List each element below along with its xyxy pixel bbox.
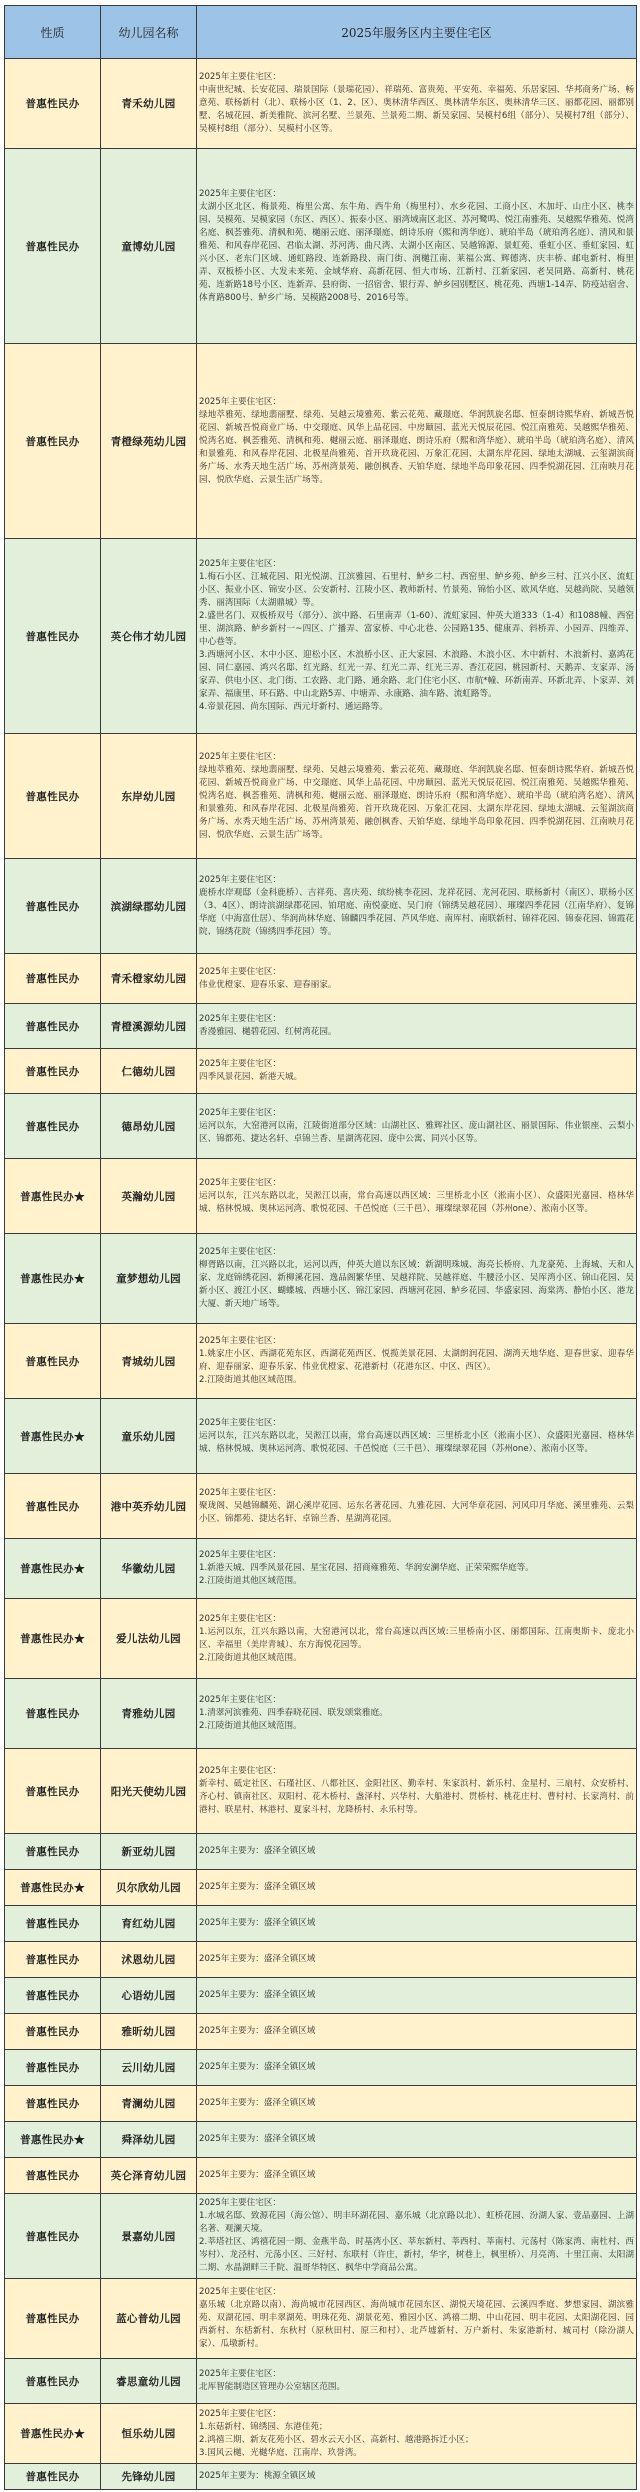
kindergarten-name: 睿思童幼儿园 xyxy=(101,2359,197,2404)
kindergarten-type: 普惠性民办 xyxy=(5,1942,101,1978)
table-row: 普惠性民办★童梦想幼儿园2025年主要住宅区：柳胥路以南，江兴路以北，运河以西，… xyxy=(5,1234,637,1324)
kindergarten-name: 景嘉幼儿园 xyxy=(101,2194,197,2279)
kindergarten-type: 普惠性民办 xyxy=(5,2359,101,2404)
service-area-text: 1.姚家庄小区、西湖花苑东区、西湖花苑西区、悦揽美景花园、太湖朗润花园、湖湾天地… xyxy=(199,1348,634,1374)
table-row: 普惠性民办青雅幼儿园2025年主要住宅区：1.清翠河滨雅苑、四季春晓花园、联发颂… xyxy=(5,1679,637,1749)
kindergarten-type: 普惠性民办 xyxy=(5,2014,101,2050)
service-area-text: 2.盛世名门、双板桥双号（部分）、滨中路、石里南弄（1-60）、流虹家园、仲英大… xyxy=(199,610,634,649)
service-area: 2025年主要住宅区：运河以东，江兴东路以北，吴淞江以南，常台高速以西区域：三里… xyxy=(197,1399,637,1474)
service-area-intro: 2025年主要住宅区： xyxy=(199,1107,634,1120)
service-area: 2025年主要住宅区：鹿桥水岸观邸（金科鹿桥）、吉祥苑、喜庆苑、缤纷桃李花园、龙… xyxy=(197,859,637,954)
table-row: 普惠性民办★恒乐幼儿园2025年主要住宅区：1.东菇新村、锦绣园、东港佳苑；2.… xyxy=(5,2404,637,2464)
table-row: 普惠性民办童博幼儿园2025年主要住宅区：太湖小区北区、梅景苑、梅里公寓、东牛角… xyxy=(5,149,637,344)
kindergarten-name: 英仑伟才幼儿园 xyxy=(101,539,197,734)
kindergarten-name: 英仑泽育幼儿园 xyxy=(101,2158,197,2194)
header-kindergarten-name: 幼儿园名称 xyxy=(101,6,197,59)
table-row: 普惠性民办东岸幼儿园2025年主要住宅区：绿地萃雅苑、绿地翡丽墅、绿苑、吴越云境… xyxy=(5,734,637,859)
header-service-area: 2025年服务区内主要住宅区 xyxy=(197,6,637,59)
service-area-intro: 2025年主要为：盛泽全镇区域 xyxy=(199,2025,634,2038)
kindergarten-type: 普惠性民办 xyxy=(5,149,101,344)
kindergarten-type: 普惠性民办 xyxy=(5,1906,101,1942)
kindergarten-type: 普惠性民办 xyxy=(5,1749,101,1834)
service-area: 2025年主要住宅区：1.东菇新村、锦绣园、东港佳苑；2.鸿禧三期、新友花苑小区… xyxy=(197,2404,637,2464)
service-area: 2025年主要住宅区：中南世纪城、长安花园、瑞景国际（景瑞花园）、祥瑞苑、富贵苑… xyxy=(197,59,637,149)
kindergarten-type: 普惠性民办 xyxy=(5,2194,101,2279)
table-row: 普惠性民办景嘉幼儿园2025年主要住宅区：1.水城名邸、致源花园（海公馆）、明丰… xyxy=(5,2194,637,2279)
service-area-text: 2.江陵街道其他区域范围。 xyxy=(199,1720,634,1733)
service-area-text: 运河以东，大窑港河以南，江陵街道部分区域：山湖社区、雅辉社区、庞山湖社区、丽景国… xyxy=(199,1120,634,1146)
service-area: 2025年主要为：桃源全镇区域 xyxy=(197,2464,637,2490)
service-area-text: 鹿桥水岸观邸（金科鹿桥）、吉祥苑、喜庆苑、缤纷桃李花园、龙祥花园、龙河花园、联杨… xyxy=(199,887,634,939)
service-area-intro: 2025年主要为：盛泽全镇区域 xyxy=(199,1917,634,1930)
kindergarten-name: 沭恩幼儿园 xyxy=(101,1942,197,1978)
header-row: 性质 幼儿园名称 2025年服务区内主要住宅区 xyxy=(5,6,637,59)
kindergarten-name: 心语幼儿园 xyxy=(101,1978,197,2014)
service-area-intro: 2025年主要为：盛泽全镇区域 xyxy=(199,2169,634,2182)
kindergarten-type: 普惠性民办★ xyxy=(5,1234,101,1324)
service-area-intro: 2025年主要住宅区： xyxy=(199,751,634,764)
service-area-intro: 2025年主要住宅区： xyxy=(199,2197,634,2210)
service-area: 2025年主要住宅区：运河以东，江兴东路以北，吴淞江以南，常台高速以西区域：三里… xyxy=(197,1159,637,1234)
table-row: 普惠性民办英仑伟才幼儿园2025年主要住宅区：1.梅石小区、江城花园、阳光悦湖、… xyxy=(5,539,637,734)
service-area: 2025年主要为：盛泽全镇区域 xyxy=(197,2014,637,2050)
table-row: 普惠性民办雅昕幼儿园2025年主要为：盛泽全镇区域 xyxy=(5,2014,637,2050)
table-row: 普惠性民办★舜泽幼儿园2025年主要为：盛泽全镇区域 xyxy=(5,2122,637,2158)
service-area-intro: 2025年主要为：盛泽全镇区域 xyxy=(199,1881,634,1894)
kindergarten-type: 普惠性民办★ xyxy=(5,1159,101,1234)
kindergarten-type: 普惠性民办 xyxy=(5,2158,101,2194)
table-row: 普惠性民办英仑泽育幼儿园2025年主要为：盛泽全镇区域 xyxy=(5,2158,637,2194)
service-area: 2025年主要住宅区：1.水城名邸、致源花园（海公馆）、明丰环湖花园、嘉乐城（北… xyxy=(197,2194,637,2279)
kindergarten-name: 青橙溪源幼儿园 xyxy=(101,1004,197,1049)
service-area-intro: 2025年主要住宅区： xyxy=(199,1694,634,1707)
service-area-text: 2.江陵街道其他区域范围。 xyxy=(199,1575,634,1588)
kindergarten-name: 滨湖绿郡幼儿园 xyxy=(101,859,197,954)
service-area-text: 1.清翠河滨雅苑、四季春晓花园、联发颂棠雅庭。 xyxy=(199,1707,634,1720)
kindergarten-type: 普惠性民办 xyxy=(5,1834,101,1870)
kindergarten-type: 普惠性民办 xyxy=(5,1474,101,1539)
table-row: 普惠性民办青禾橙家幼儿园2025年主要住宅区：伟业优橙家、迎春乐家、迎春丽家。 xyxy=(5,954,637,1004)
service-area-text: 3.西塘河小区、木中小区、迎松小区、木浪桥小区、正大家园、木浪路、木浪小区、木中… xyxy=(199,649,634,701)
service-area: 2025年主要住宅区：运河以东，大窑港河以南，江陵街道部分区域：山湖社区、雅辉社… xyxy=(197,1094,637,1159)
table-row: 普惠性民办阳光天使幼儿园2025年主要住宅区：新幸村、砥定社区、石瑾社区、八都社… xyxy=(5,1749,637,1834)
kindergarten-name: 爱儿法幼儿园 xyxy=(101,1599,197,1679)
kindergarten-type: 普惠性民办 xyxy=(5,59,101,149)
kindergarten-type: 普惠性民办★ xyxy=(5,2122,101,2158)
table-row: 普惠性民办★英瀚幼儿园2025年主要住宅区：运河以东，江兴东路以北，吴淞江以南，… xyxy=(5,1159,637,1234)
kindergarten-type: 普惠性民办 xyxy=(5,954,101,1004)
service-area-intro: 2025年主要住宅区： xyxy=(199,1417,634,1430)
service-area-text: 2.江陵街道其他区域范围。 xyxy=(199,1374,634,1387)
service-area-intro: 2025年主要住宅区： xyxy=(199,1487,634,1500)
table-row: 普惠性民办心语幼儿园2025年主要为：盛泽全镇区域 xyxy=(5,1978,637,2014)
table-row: 普惠性民办青城幼儿园2025年主要住宅区：1.姚家庄小区、西湖花苑东区、西湖花苑… xyxy=(5,1324,637,1399)
kindergarten-name: 港中英乔幼儿园 xyxy=(101,1474,197,1539)
service-area-text: 新幸村、砥定社区、石瑾社区、八都社区、金阳社区、勤幸村、朱家浜村、新乐村、金星村… xyxy=(199,1778,634,1817)
table-row: 普惠性民办仁德幼儿园2025年主要住宅区：四季风景花园、新港天城。 xyxy=(5,1049,637,1094)
service-area-intro: 2025年主要住宅区： xyxy=(199,1246,634,1259)
kindergarten-type: 普惠性民办 xyxy=(5,2279,101,2359)
service-area: 2025年主要为：盛泽全镇区域 xyxy=(197,1834,637,1870)
table-row: 普惠性民办青橙绿苑幼儿园2025年主要住宅区：绿地萃雅苑、绿地翡丽墅、绿苑、吴越… xyxy=(5,344,637,539)
kindergarten-name: 青雅幼儿园 xyxy=(101,1679,197,1749)
service-area: 2025年主要为：盛泽全镇区域 xyxy=(197,2086,637,2122)
service-area: 2025年主要为：盛泽全镇区域 xyxy=(197,2050,637,2086)
service-area-intro: 2025年主要住宅区： xyxy=(199,1613,634,1626)
service-area: 2025年主要住宅区：1.运河以东，江兴东路以南，大窑港河以北，常台高速以西区域… xyxy=(197,1599,637,1679)
service-area: 2025年主要为：盛泽全镇区域 xyxy=(197,1870,637,1906)
table-row: 普惠性民办先锋幼儿园2025年主要为：桃源全镇区域 xyxy=(5,2464,637,2490)
table-row: 普惠性民办新亚幼儿园2025年主要为：盛泽全镇区域 xyxy=(5,1834,637,1870)
kindergarten-name: 青禾橙家幼儿园 xyxy=(101,954,197,1004)
kindergarten-name: 东岸幼儿园 xyxy=(101,734,197,859)
service-area-text: 四季风景花园、新港天城。 xyxy=(199,1071,634,1084)
kindergarten-type: 普惠性民办 xyxy=(5,734,101,859)
service-area-text: 1.水城名邸、致源花园（海公馆）、明丰环湖花园、嘉乐城（北京路以北）、虹桥花园、… xyxy=(199,2210,634,2236)
service-area-text: 运河以东，江兴东路以北，吴淞江以南，常台高速以西区域：三里桥北小区（淞南小区）、… xyxy=(199,1430,634,1456)
kindergarten-type: 普惠性民办 xyxy=(5,1049,101,1094)
kindergarten-name: 恒乐幼儿园 xyxy=(101,2404,197,2464)
service-area: 2025年主要住宅区：聚珑阁、吴越锦麟苑、湖心溪岸花园、运东名著花园、九雅花园、… xyxy=(197,1474,637,1539)
table-header: 性质 幼儿园名称 2025年服务区内主要住宅区 xyxy=(5,6,637,59)
service-area: 2025年主要为：盛泽全镇区域 xyxy=(197,1942,637,1978)
table-row: 普惠性民办云川幼儿园2025年主要为：盛泽全镇区域 xyxy=(5,2050,637,2086)
service-area-intro: 2025年主要为：盛泽全镇区域 xyxy=(199,2133,634,2146)
service-area-text: 绿地萃雅苑、绿地翡丽墅、绿苑、吴越云境雅苑、紫云花苑、藏璟庭、华润凯旋名邸、恒泰… xyxy=(199,409,634,487)
service-area-intro: 2025年主要为：盛泽全镇区域 xyxy=(199,1953,634,1966)
service-area: 2025年主要住宅区：四季风景花园、新港天城。 xyxy=(197,1049,637,1094)
header-type: 性质 xyxy=(5,6,101,59)
service-area-text: 香漫雅园、樾碧花园、红树湾花园。 xyxy=(199,1026,634,1039)
kindergarten-type: 普惠性民办 xyxy=(5,1324,101,1399)
kindergarten-name: 育红幼儿园 xyxy=(101,1906,197,1942)
service-area-intro: 2025年主要住宅区： xyxy=(199,1549,634,1562)
service-area: 2025年主要为：盛泽全镇区域 xyxy=(197,1978,637,2014)
kindergarten-service-area-table: 性质 幼儿园名称 2025年服务区内主要住宅区 普惠性民办青禾幼儿园2025年主… xyxy=(4,5,637,2490)
service-area-intro: 2025年主要住宅区： xyxy=(199,1058,634,1071)
kindergarten-type: 普惠性民办 xyxy=(5,1978,101,2014)
service-area-text: 柳胥路以南，江兴路以北，运河以西，仲英大道以东区域：新湖明珠城、海亮长桥府、九龙… xyxy=(199,1259,634,1311)
kindergarten-name: 青城幼儿园 xyxy=(101,1324,197,1399)
kindergarten-type: 普惠性民办 xyxy=(5,2464,101,2490)
kindergarten-name: 英瀚幼儿园 xyxy=(101,1159,197,1234)
service-area-intro: 2025年主要为：桃源全镇区域 xyxy=(199,2470,634,2483)
service-area-intro: 2025年主要住宅区： xyxy=(199,396,634,409)
service-area: 2025年主要住宅区：1.新港天城、四季风景花园、星宝花园、招商雍雅苑、华润安澜… xyxy=(197,1539,637,1599)
service-area: 2025年主要住宅区：嘉乐城（北京路以南）、海尚城市花园西区、海尚城市花园东区、… xyxy=(197,2279,637,2359)
service-area-intro: 2025年主要为：盛泽全镇区域 xyxy=(199,2061,634,2074)
kindergarten-name: 先锋幼儿园 xyxy=(101,2464,197,2490)
service-area-text: 2.江陵街道其他区域范围。 xyxy=(199,1652,634,1665)
kindergarten-name: 童乐幼儿园 xyxy=(101,1399,197,1474)
kindergarten-type: 普惠性民办 xyxy=(5,2086,101,2122)
kindergarten-type: 普惠性民办★ xyxy=(5,1539,101,1599)
kindergarten-type: 普惠性民办 xyxy=(5,1679,101,1749)
service-area-intro: 2025年主要住宅区： xyxy=(199,966,634,979)
service-area-text: 1.东菇新村、锦绣园、东港佳苑； xyxy=(199,2421,634,2434)
kindergarten-type: 普惠性民办 xyxy=(5,1004,101,1049)
service-area-intro: 2025年主要为：盛泽全镇区域 xyxy=(199,2097,634,2110)
service-area: 2025年主要住宅区：1.姚家庄小区、西湖花苑东区、西湖花苑西区、悦揽美景花园、… xyxy=(197,1324,637,1399)
kindergarten-name: 云川幼儿园 xyxy=(101,2050,197,2086)
service-area: 2025年主要住宅区：香漫雅园、樾碧花园、红树湾花园。 xyxy=(197,1004,637,1049)
service-area: 2025年主要为：盛泽全镇区域 xyxy=(197,2158,637,2194)
kindergarten-type: 普惠性民办★ xyxy=(5,2404,101,2464)
kindergarten-name: 舜泽幼儿园 xyxy=(101,2122,197,2158)
service-area: 2025年主要住宅区：1.清翠河滨雅苑、四季春晓花园、联发颂棠雅庭。2.江陵街道… xyxy=(197,1679,637,1749)
service-area-text: 绿地萃雅苑、绿地翡丽墅、绿苑、吴越云境雅苑、紫云花苑、藏璟庭、华润凯旋名邸、恒泰… xyxy=(199,764,634,842)
service-area-text: 1.梅石小区、江城花园、阳光悦湖、江滨雅园、石里村、鲈乡二村、西窑里、鲈乡苑、鲈… xyxy=(199,571,634,610)
kindergarten-type: 普惠性民办★ xyxy=(5,1599,101,1679)
kindergarten-type: 普惠性民办★ xyxy=(5,1870,101,1906)
kindergarten-name: 华徽幼儿园 xyxy=(101,1539,197,1599)
service-area-text: 中南世纪城、长安花园、瑞景国际（景瑞花园）、祥瑞苑、富贵苑、平安苑、幸福苑、乐居… xyxy=(199,84,634,136)
kindergarten-type: 普惠性民办 xyxy=(5,859,101,954)
kindergarten-name: 青橙绿苑幼儿园 xyxy=(101,344,197,539)
service-area: 2025年主要为：盛泽全镇区域 xyxy=(197,1906,637,1942)
table-row: 普惠性民办青禾幼儿园2025年主要住宅区：中南世纪城、长安花园、瑞景国际（景瑞花… xyxy=(5,59,637,149)
service-area: 2025年主要住宅区：太湖小区北区、梅景苑、梅里公寓、东牛角、西牛角（梅里村）、… xyxy=(197,149,637,344)
service-area-text: 4.帝景花园、尚东国际、西元圩新村、通运路等。 xyxy=(199,701,634,714)
service-area-text: 2.鸿禧三期、新友花苑小区、碧水云天小区、高新村、越港路拆迁小区； xyxy=(199,2434,634,2447)
service-area-intro: 2025年主要住宅区： xyxy=(199,874,634,887)
service-area-intro: 2025年主要住宅区： xyxy=(199,2286,634,2299)
service-area: 2025年主要住宅区：绿地萃雅苑、绿地翡丽墅、绿苑、吴越云境雅苑、紫云花苑、藏璟… xyxy=(197,734,637,859)
kindergarten-name: 蓝心普幼儿园 xyxy=(101,2279,197,2359)
service-area-text: 1.新港天城、四季风景花园、星宝花园、招商雍雅苑、华润安澜华庭、正荣荣熙华庭等。 xyxy=(199,1562,634,1575)
table-row: 普惠性民办睿思童幼儿园2025年主要住宅区：北厍智能制造区管理办公室辖区范围。 xyxy=(5,2359,637,2404)
kindergarten-name: 童博幼儿园 xyxy=(101,149,197,344)
kindergarten-name: 仁德幼儿园 xyxy=(101,1049,197,1094)
table-row: 普惠性民办港中英乔幼儿园2025年主要住宅区：聚珑阁、吴越锦麟苑、湖心溪岸花园、… xyxy=(5,1474,637,1539)
service-area-text: 2.莘塔社区、鸿禧花园一期、金燕半岛、时基湾小区、莘东新村、莘西村、莘南村、元荡… xyxy=(199,2236,634,2275)
kindergarten-name: 雅昕幼儿园 xyxy=(101,2014,197,2050)
service-area-intro: 2025年主要为：盛泽全镇区域 xyxy=(199,1989,634,2002)
kindergarten-name: 德昂幼儿园 xyxy=(101,1094,197,1159)
table-row: 普惠性民办★华徽幼儿园2025年主要住宅区：1.新港天城、四季风景花园、星宝花园… xyxy=(5,1539,637,1599)
service-area: 2025年主要住宅区：北厍智能制造区管理办公室辖区范围。 xyxy=(197,2359,637,2404)
kindergarten-name: 青禾幼儿园 xyxy=(101,59,197,149)
service-area-intro: 2025年主要为：盛泽全镇区域 xyxy=(199,1845,634,1858)
service-area-intro: 2025年主要住宅区： xyxy=(199,1177,634,1190)
service-area-text: 运河以东，江兴东路以北，吴淞江以南，常台高速以西区域：三里桥北小区（淞南小区）、… xyxy=(199,1190,634,1216)
service-area: 2025年主要住宅区：绿地萃雅苑、绿地翡丽墅、绿苑、吴越云境雅苑、紫云花苑、藏璟… xyxy=(197,344,637,539)
kindergarten-type: 普惠性民办 xyxy=(5,344,101,539)
table-row: 普惠性民办蓝心普幼儿园2025年主要住宅区：嘉乐城（北京路以南）、海尚城市花园西… xyxy=(5,2279,637,2359)
service-area-text: 伟业优橙家、迎春乐家、迎春丽家。 xyxy=(199,979,634,992)
service-area-text: 3.国风云樾、光樾华庭、江南岸、玖誉湾。 xyxy=(199,2447,634,2460)
table-row: 普惠性民办★爱儿法幼儿园2025年主要住宅区：1.运河以东，江兴东路以南，大窑港… xyxy=(5,1599,637,1679)
kindergarten-type: 普惠性民办 xyxy=(5,539,101,734)
service-area-text: 聚珑阁、吴越锦麟苑、湖心溪岸花园、运东名著花园、九雅花园、大河华章花园、河风印月… xyxy=(199,1500,634,1526)
table-row: 普惠性民办德昂幼儿园2025年主要住宅区：运河以东，大窑港河以南，江陵街道部分区… xyxy=(5,1094,637,1159)
kindergarten-type: 普惠性民办★ xyxy=(5,1399,101,1474)
service-area-text: 太湖小区北区、梅景苑、梅里公寓、东牛角、西牛角（梅里村）、水乡花园、工商小区、木… xyxy=(199,201,634,305)
service-area-intro: 2025年主要住宅区： xyxy=(199,71,634,84)
kindergarten-type: 普惠性民办 xyxy=(5,2050,101,2086)
table-row: 普惠性民办★贝尔欣幼儿园2025年主要为：盛泽全镇区域 xyxy=(5,1870,637,1906)
table-body: 普惠性民办青禾幼儿园2025年主要住宅区：中南世纪城、长安花园、瑞景国际（景瑞花… xyxy=(5,59,637,2490)
service-area-text: 北厍智能制造区管理办公室辖区范围。 xyxy=(199,2381,634,2394)
kindergarten-name: 贝尔欣幼儿园 xyxy=(101,1870,197,1906)
page: 性质 幼儿园名称 2025年服务区内主要住宅区 普惠性民办青禾幼儿园2025年主… xyxy=(0,0,640,2492)
table-row: 普惠性民办青澜幼儿园2025年主要为：盛泽全镇区域 xyxy=(5,2086,637,2122)
table-row: 普惠性民办育红幼儿园2025年主要为：盛泽全镇区域 xyxy=(5,1906,637,1942)
kindergarten-name: 童梦想幼儿园 xyxy=(101,1234,197,1324)
kindergarten-name: 青澜幼儿园 xyxy=(101,2086,197,2122)
table-row: 普惠性民办★童乐幼儿园2025年主要住宅区：运河以东，江兴东路以北，吴淞江以南，… xyxy=(5,1399,637,1474)
service-area: 2025年主要住宅区：1.梅石小区、江城花园、阳光悦湖、江滨雅园、石里村、鲈乡二… xyxy=(197,539,637,734)
service-area-intro: 2025年主要住宅区： xyxy=(199,2408,634,2421)
service-area-intro: 2025年主要住宅区： xyxy=(199,188,634,201)
table-row: 普惠性民办沭恩幼儿园2025年主要为：盛泽全镇区域 xyxy=(5,1942,637,1978)
kindergarten-name: 阳光天使幼儿园 xyxy=(101,1749,197,1834)
service-area-intro: 2025年主要住宅区： xyxy=(199,1013,634,1026)
service-area: 2025年主要住宅区：柳胥路以南，江兴路以北，运河以西，仲英大道以东区域：新湖明… xyxy=(197,1234,637,1324)
kindergarten-type: 普惠性民办 xyxy=(5,1094,101,1159)
service-area: 2025年主要住宅区：伟业优橙家、迎春乐家、迎春丽家。 xyxy=(197,954,637,1004)
service-area-intro: 2025年主要住宅区： xyxy=(199,558,634,571)
service-area-text: 1.运河以东，江兴东路以南，大窑港河以北，常台高速以西区域:三里桥南小区、丽都国… xyxy=(199,1626,634,1652)
service-area-intro: 2025年主要住宅区： xyxy=(199,1335,634,1348)
service-area: 2025年主要住宅区：新幸村、砥定社区、石瑾社区、八都社区、金阳社区、勤幸村、朱… xyxy=(197,1749,637,1834)
service-area-intro: 2025年主要住宅区： xyxy=(199,1765,634,1778)
table-row: 普惠性民办滨湖绿郡幼儿园2025年主要住宅区：鹿桥水岸观邸（金科鹿桥）、吉祥苑、… xyxy=(5,859,637,954)
kindergarten-name: 新亚幼儿园 xyxy=(101,1834,197,1870)
service-area: 2025年主要为：盛泽全镇区域 xyxy=(197,2122,637,2158)
table-row: 普惠性民办青橙溪源幼儿园2025年主要住宅区：香漫雅园、樾碧花园、红树湾花园。 xyxy=(5,1004,637,1049)
service-area-intro: 2025年主要住宅区： xyxy=(199,2368,634,2381)
service-area-text: 嘉乐城（北京路以南）、海尚城市花园西区、海尚城市花园东区、湖悦天境花园、云溪四季… xyxy=(199,2299,634,2351)
